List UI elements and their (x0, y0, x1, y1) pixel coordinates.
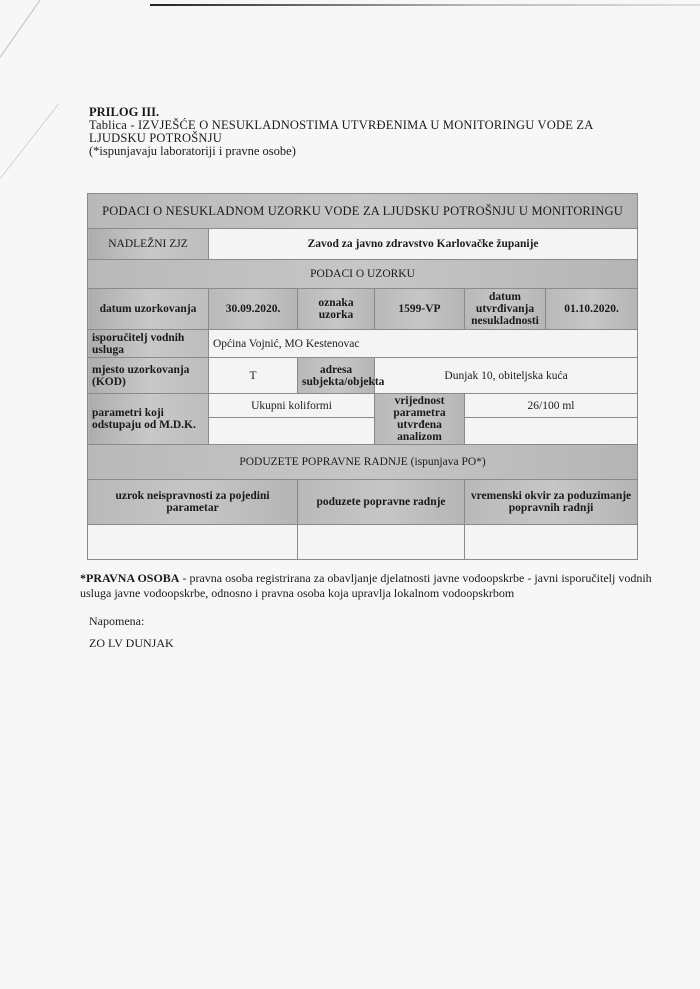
location-label: mjesto uzorkovanja (KOD) (88, 358, 209, 394)
param-name (209, 418, 375, 445)
actions-header-actions: poduzete popravne radnje (298, 480, 465, 525)
supplier-label: isporučitelj vodnih usluga (88, 330, 209, 358)
scan-fold-line (0, 103, 59, 178)
nonconformity-report-table: PODACI O NESUKLADNOM UZORKU VODE ZA LJUD… (87, 193, 638, 560)
address-value: Dunjak 10, obiteljska kuća (375, 358, 638, 394)
sample-code-label: oznaka uzorka (298, 289, 375, 330)
zjz-label: NADLEŽNI ZJZ (88, 229, 209, 260)
document-title: Tablica - IZVJEŠĆE O NESUKLADNOSTIMA UTV… (89, 119, 649, 145)
param-name: Ukupni koliformi (209, 394, 375, 418)
legal-entity-footnote: *PRAVNA OSOBA - pravna osoba registriran… (80, 571, 660, 601)
nonconformity-date-label: datum utvrđivanja nesukladnosti (465, 289, 546, 330)
actions-header-timeframe: vremenski okvir za poduzimanje popravnih… (465, 480, 638, 525)
actions-cause-cell (88, 525, 298, 560)
zjz-value: Zavod za javno zdravstvo Karlovačke župa… (209, 229, 638, 260)
param-value (465, 418, 638, 445)
note-label: Napomena: (89, 614, 144, 629)
footnote-term: *PRAVNA OSOBA (80, 571, 179, 585)
scan-page-edge (150, 4, 700, 6)
nonconformity-date-value: 01.10.2020. (546, 289, 638, 330)
location-value: T (209, 358, 298, 394)
actions-header-cause: uzrok neispravnosti za pojedini parameta… (88, 480, 298, 525)
actions-section-title: PODUZETE POPRAVNE RADNJE (ispunjava PO*) (88, 445, 638, 480)
sampling-date-label: datum uzorkovanja (88, 289, 209, 330)
param-value-label: vrijednost parametra utvrđena analizom (375, 394, 465, 445)
table-main-title: PODACI O NESUKLADNOM UZORKU VODE ZA LJUD… (88, 194, 638, 229)
actions-timeframe-cell (465, 525, 638, 560)
sampling-date-value: 30.09.2020. (209, 289, 298, 330)
sample-code-value: 1599-VP (375, 289, 465, 330)
params-label: parametri koji odstupaju od M.D.K. (88, 394, 209, 445)
note-text: ZO LV DUNJAK (89, 636, 174, 651)
scan-fold-line (0, 0, 96, 86)
document-subtitle: (*ispunjavaju laboratoriji i pravne osob… (89, 145, 649, 158)
address-label: adresa subjekta/objekta (298, 358, 375, 394)
param-value: 26/100 ml (465, 394, 638, 418)
document-header: PRILOG III. Tablica - IZVJEŠĆE O NESUKLA… (89, 106, 649, 158)
actions-actions-cell (298, 525, 465, 560)
supplier-value: Općina Vojnić, MO Kestenovac (209, 330, 638, 358)
sample-section-title: PODACI O UZORKU (88, 260, 638, 289)
